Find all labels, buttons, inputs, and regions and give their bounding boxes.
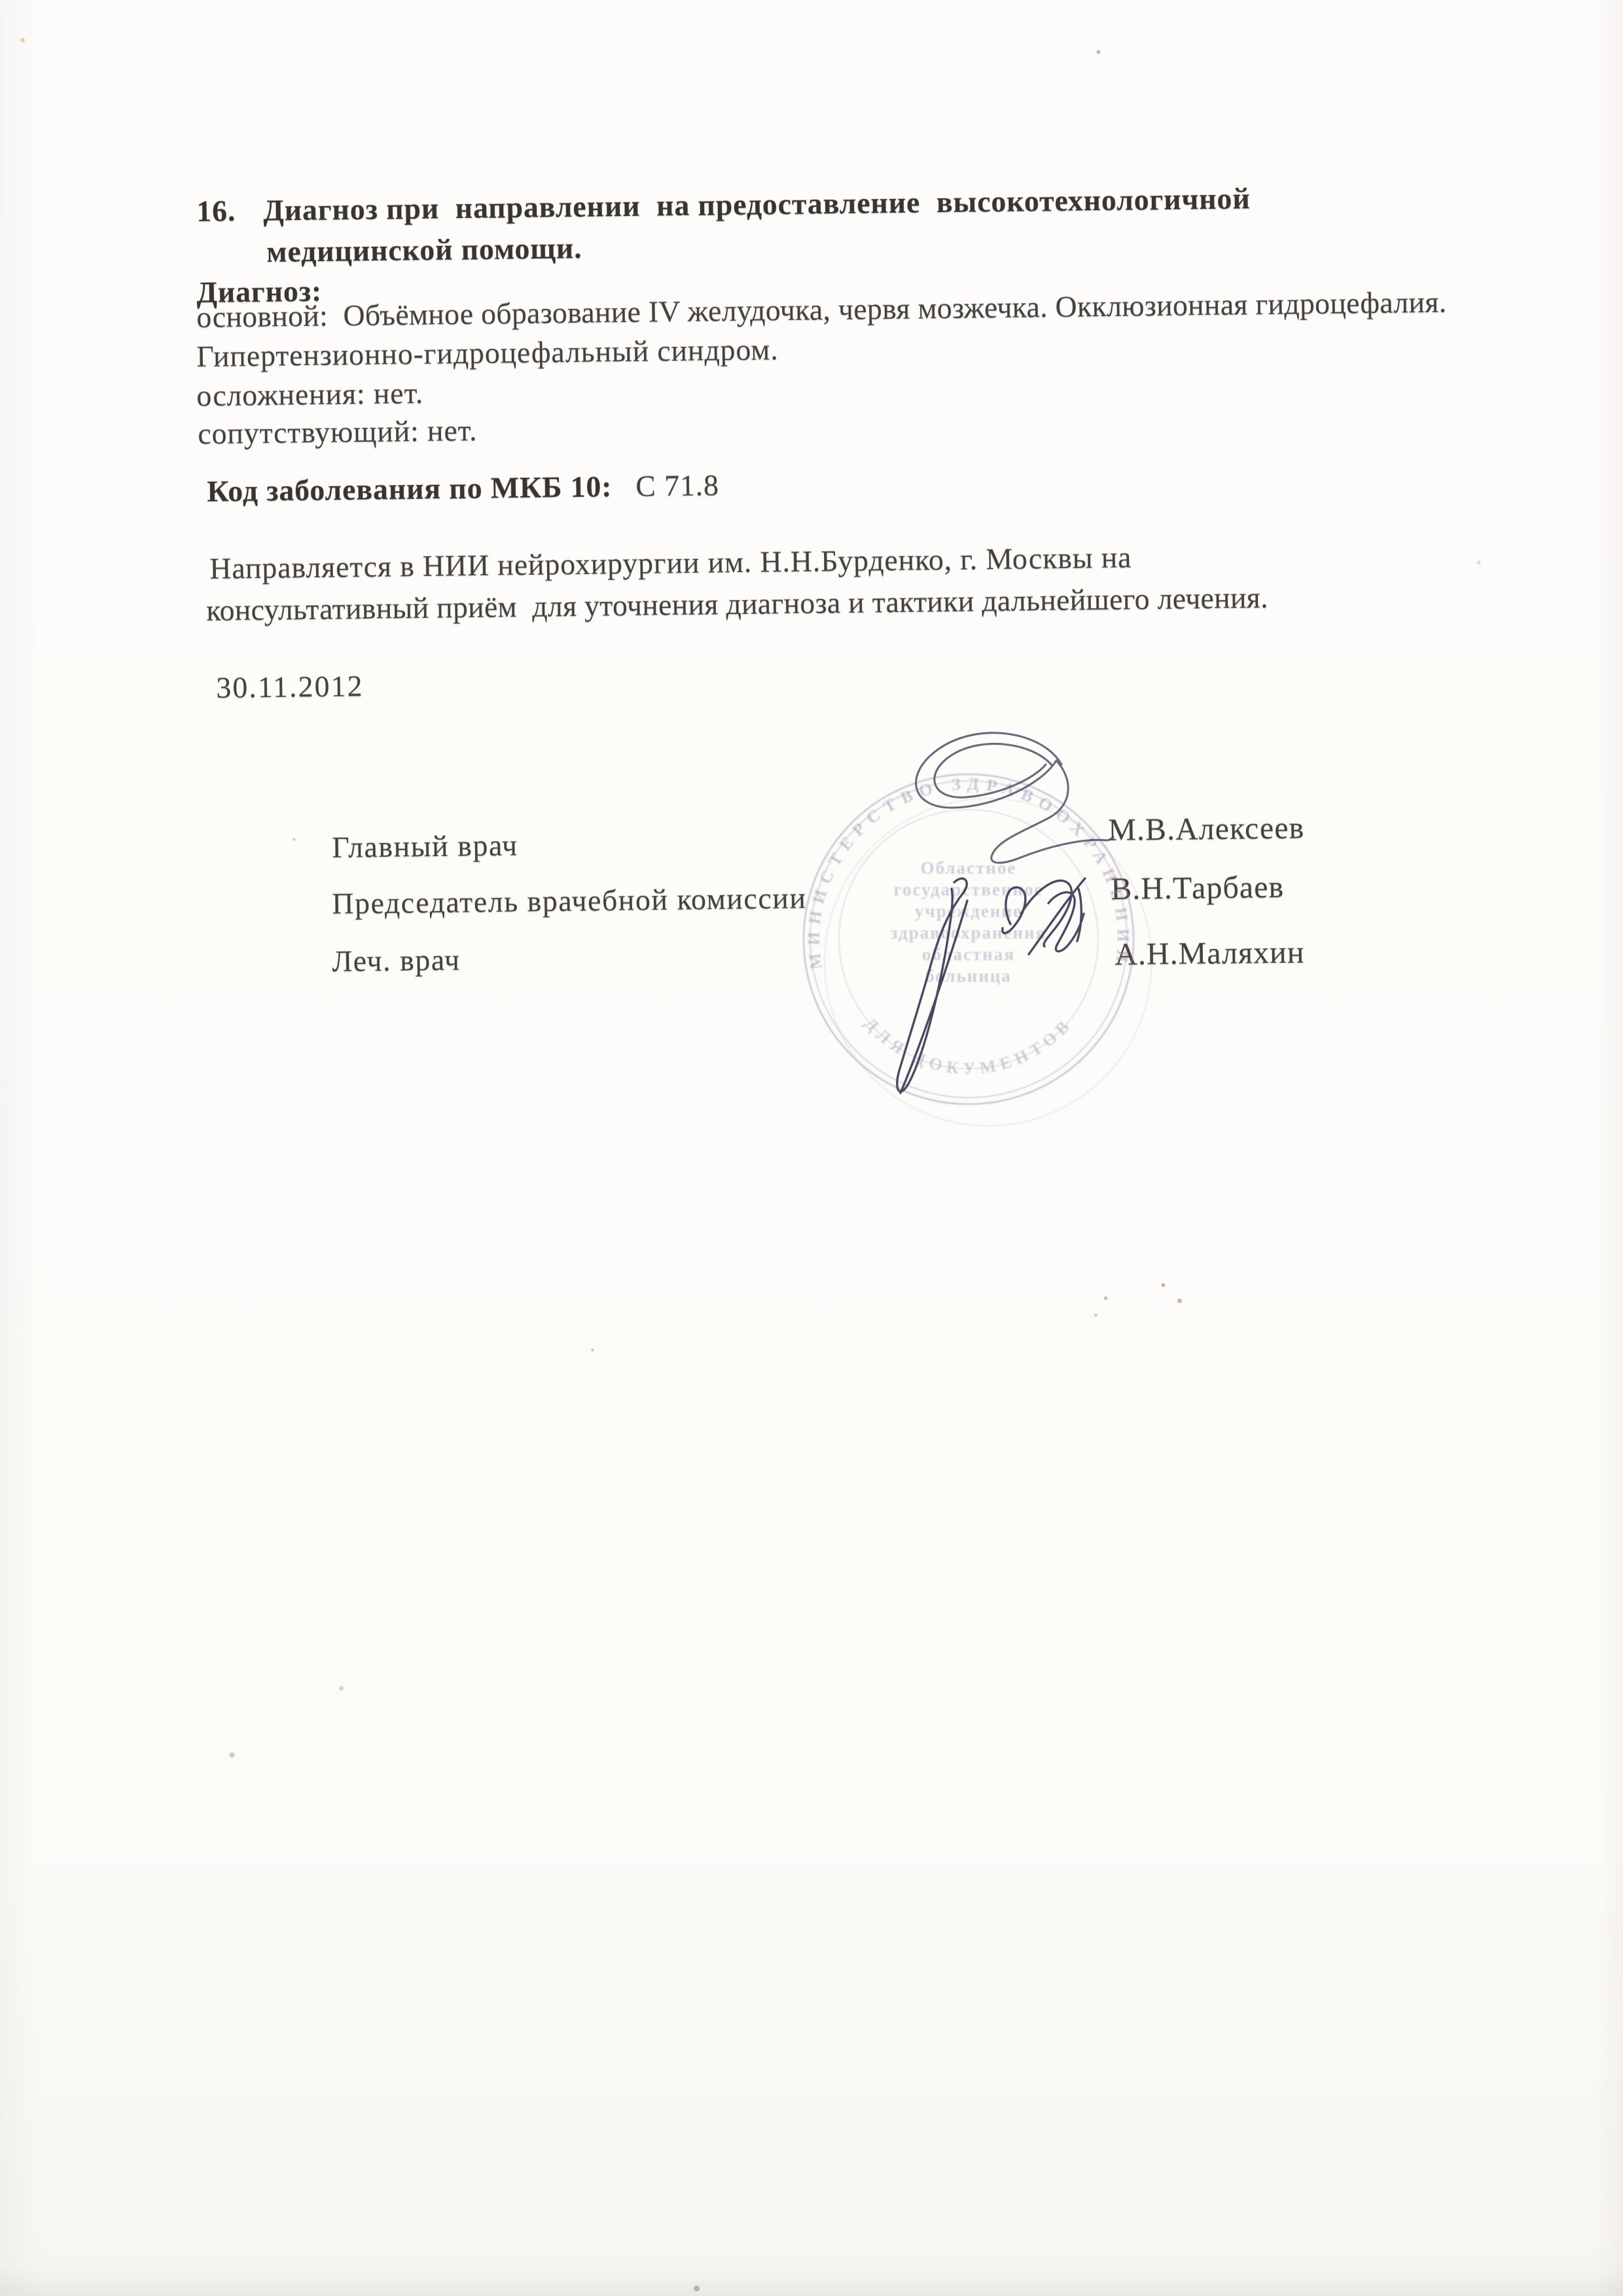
- signatory-title-attending-physician: Леч. врач: [332, 945, 461, 977]
- referral-line2: консультативный приём для уточнения диаг…: [206, 583, 1268, 626]
- icd-code-label: Код заболевания по МКБ 10:: [207, 469, 613, 508]
- scan-edge-shade-right: [1597, 0, 1623, 2296]
- section-heading-text: Диагноз при направлении на предоставлени…: [263, 181, 1251, 226]
- scan-edge-shade-bottom: [0, 2266, 1623, 2296]
- section-heading-line1: 16.Диагноз при направлении на предоставл…: [196, 183, 1251, 226]
- stamp-ring-bottom-text: ДЛЯ ДОКУМЕНТОВ: [861, 1014, 1076, 1078]
- icd-code-value: С 71.8: [635, 468, 719, 503]
- diagnosis-main-line: основной: Объёмное образование IV желудо…: [196, 287, 1447, 332]
- referral-line1: Направляется в НИИ нейрохирургии им. Н.Н…: [209, 543, 1132, 584]
- stamp-center-line: здравоохранения: [891, 923, 1047, 942]
- scan-edge-shade-left: [0, 0, 39, 2296]
- icd-code-line: Код заболевания по МКБ 10:С 71.8: [207, 470, 719, 507]
- document-date: 30.11.2012: [216, 671, 364, 703]
- signatory-title-chief-physician: Главный врач: [332, 831, 518, 863]
- diagnosis-main-line2: Гипертензионно-гидроцефальный синдром.: [196, 334, 779, 372]
- scanned-document-page: 16.Диагноз при направлении на предоставл…: [0, 0, 1623, 2296]
- heading-indent: [236, 221, 263, 221]
- stamp-center-line: Областное: [921, 858, 1017, 878]
- section-heading-line2: медицинской помощи.: [266, 233, 582, 267]
- complications-line: осложнения: нет.: [196, 378, 423, 411]
- stamp-and-signatures-area: МИНИСТЕРСТВО ЗДРАВООХРАНЕНИЯ ДЛЯ ДОКУМЕН…: [746, 681, 1217, 1191]
- hospital-round-stamp-icon: МИНИСТЕРСТВО ЗДРАВООХРАНЕНИЯ ДЛЯ ДОКУМЕН…: [804, 774, 1152, 1126]
- signatory-title-commission-chair: Председатель врачебной комиссии: [332, 883, 807, 919]
- section-number: 16.: [196, 194, 236, 228]
- stamp-center-line: больница: [925, 966, 1012, 986]
- concomitant-line: сопутствующий: нет.: [198, 416, 478, 449]
